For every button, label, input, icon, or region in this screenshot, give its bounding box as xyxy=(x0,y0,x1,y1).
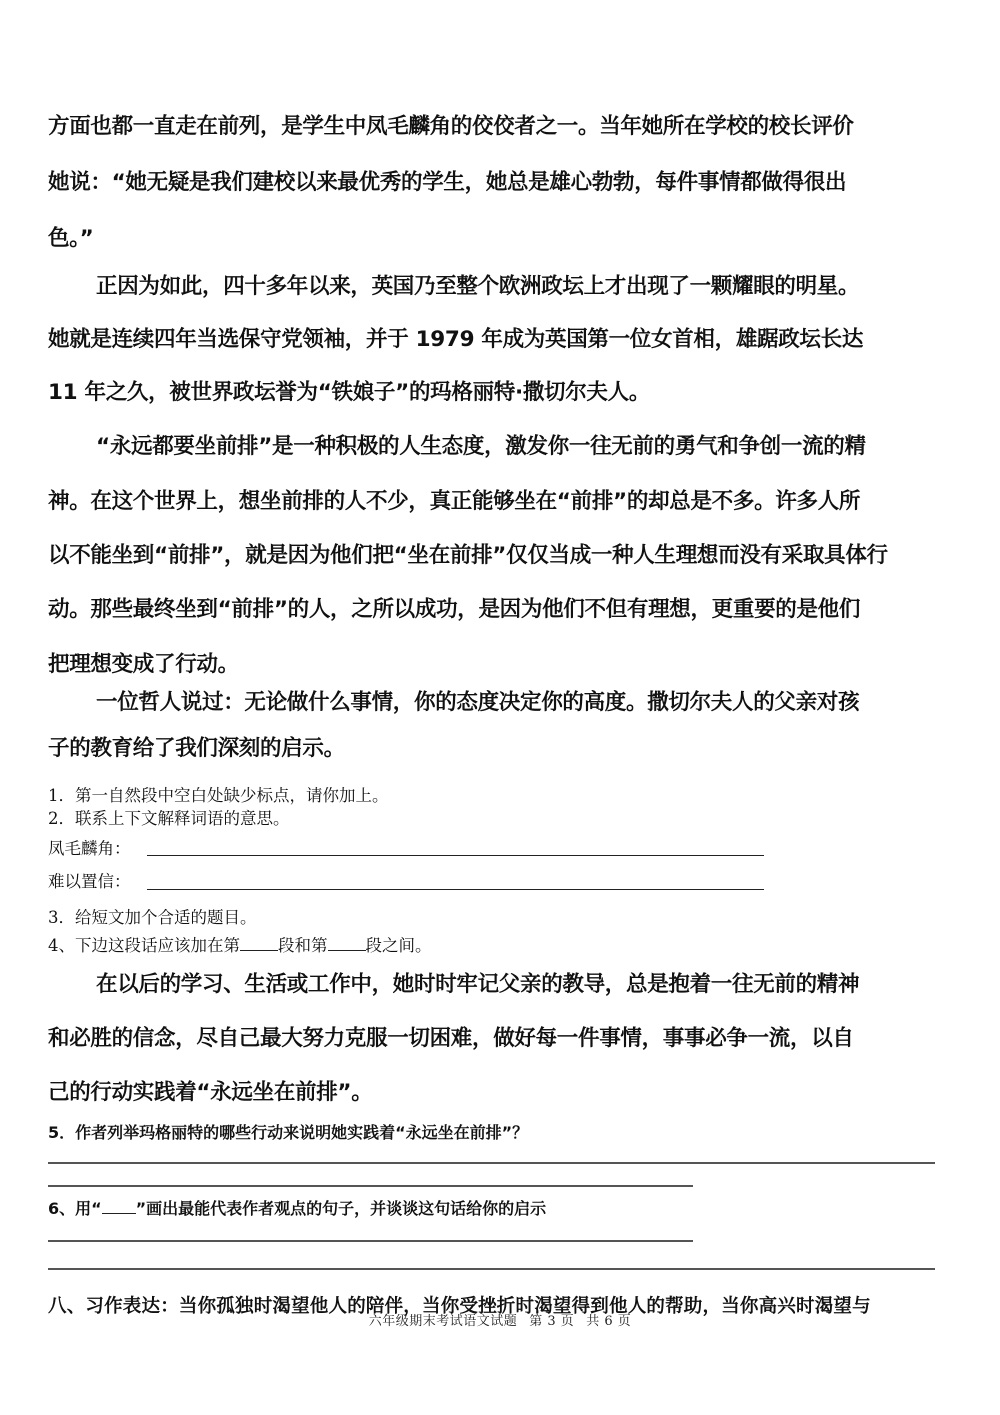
answer-line-q5-1[interactable] xyxy=(48,1162,935,1164)
page-footer: 六年级期末考试语文试题第 3 页共 6 页 xyxy=(0,1310,1000,1329)
answer-blank-paragraph-b[interactable] xyxy=(328,934,366,951)
question-4-text-2: 段和第 xyxy=(278,936,328,955)
passage-line: 一位哲人说过：无论做什么事情，你的态度决定你的高度。撒切尔夫人的父亲对孩 xyxy=(96,688,859,718)
answer-blank-paragraph-a[interactable] xyxy=(240,934,278,951)
page-number-current: 第 3 页 xyxy=(529,1314,574,1329)
passage-line: 色。” xyxy=(48,224,93,254)
passage-line: 神。在这个世界上，想坐前排的人不少，真正能够坐在“前排”的却总是不多。许多人所 xyxy=(48,487,860,517)
passage-line: 方面也都一直走在前列，是学生中凤毛麟角的佼佼者之一。当年她所在学校的校长评价 xyxy=(48,112,854,142)
passage-line: 动。那些最终坐到“前排”的人，之所以成功，是因为他们不但有理想，更重要的是他们 xyxy=(48,595,860,625)
question-2-term-2-label: 难以置信： xyxy=(48,871,131,893)
answer-line-q6-2[interactable] xyxy=(48,1268,935,1270)
answer-line-q6-1[interactable] xyxy=(48,1240,693,1242)
exam-title: 六年级期末考试语文试题 xyxy=(369,1314,518,1329)
page-number-total: 共 6 页 xyxy=(586,1314,631,1329)
passage-line: 她就是连续四年当选保守党领袖，并于 1979 年成为英国第一位女首相，雄踞政坛长… xyxy=(48,325,863,355)
passage-line: “永远都要坐前排”是一种积极的人生态度，激发你一往无前的勇气和争创一流的精 xyxy=(96,432,866,462)
question-1: 1．第一自然段中空白处缺少标点，请你加上。 xyxy=(48,785,389,807)
question-5: 5．作者列举玛格丽特的哪些行动来说明她实践着“永远坐在前排”？ xyxy=(48,1122,528,1144)
exam-page: 方面也都一直走在前列，是学生中凤毛麟角的佼佼者之一。当年她所在学校的校长评价 她… xyxy=(0,0,1000,1415)
question-3: 3．给短文加个合适的题目。 xyxy=(48,907,257,929)
answer-line-q5-2[interactable] xyxy=(48,1185,693,1187)
underline-symbol-example xyxy=(102,1199,136,1214)
passage-line: 子的教育给了我们深刻的启示。 xyxy=(48,734,345,764)
answer-line-term-1[interactable] xyxy=(147,855,764,856)
question-4-text-3: 段之间。 xyxy=(366,936,432,955)
passage-line: 和必胜的信念，尽自己最大努力克服一切困难，做好每一件事情，事事必争一流，以自 xyxy=(48,1024,854,1054)
passage-line: 她说：“她无疑是我们建校以来最优秀的学生，她总是雄心勃勃，每件事情都做得很出 xyxy=(48,168,846,198)
question-6-text-1: 6、用“ xyxy=(48,1199,102,1218)
passage-line: 把理想变成了行动。 xyxy=(48,650,239,680)
answer-line-term-2[interactable] xyxy=(147,889,764,890)
passage-line: 以不能坐到“前排”，就是因为他们把“坐在前排”仅仅当成一种人生理想而没有采取具体… xyxy=(48,541,888,571)
question-6: 6、用“”画出最能代表作者观点的句子，并谈谈这句话给你的启示 xyxy=(48,1198,546,1220)
passage-line: 11 年之久，被世界政坛誉为“铁娘子”的玛格丽特·撒切尔夫人。 xyxy=(48,378,650,408)
question-4-text-1: 4、下边这段话应该加在第 xyxy=(48,936,240,955)
passage-line: 在以后的学习、生活或工作中，她时时牢记父亲的教导，总是抱着一往无前的精神 xyxy=(96,970,859,1000)
question-2: 2．联系上下文解释词语的意思。 xyxy=(48,808,290,830)
question-6-text-2: ”画出最能代表作者观点的句子，并谈谈这句话给你的启示 xyxy=(136,1199,547,1218)
passage-line: 正因为如此，四十多年以来，英国乃至整个欧洲政坛上才出现了一颗耀眼的明星。 xyxy=(96,272,859,302)
passage-line: 己的行动实践着“永远坐在前排”。 xyxy=(48,1078,372,1108)
question-4: 4、下边这段话应该加在第段和第段之间。 xyxy=(48,934,432,957)
question-2-term-1-label: 凤毛麟角： xyxy=(48,838,131,860)
